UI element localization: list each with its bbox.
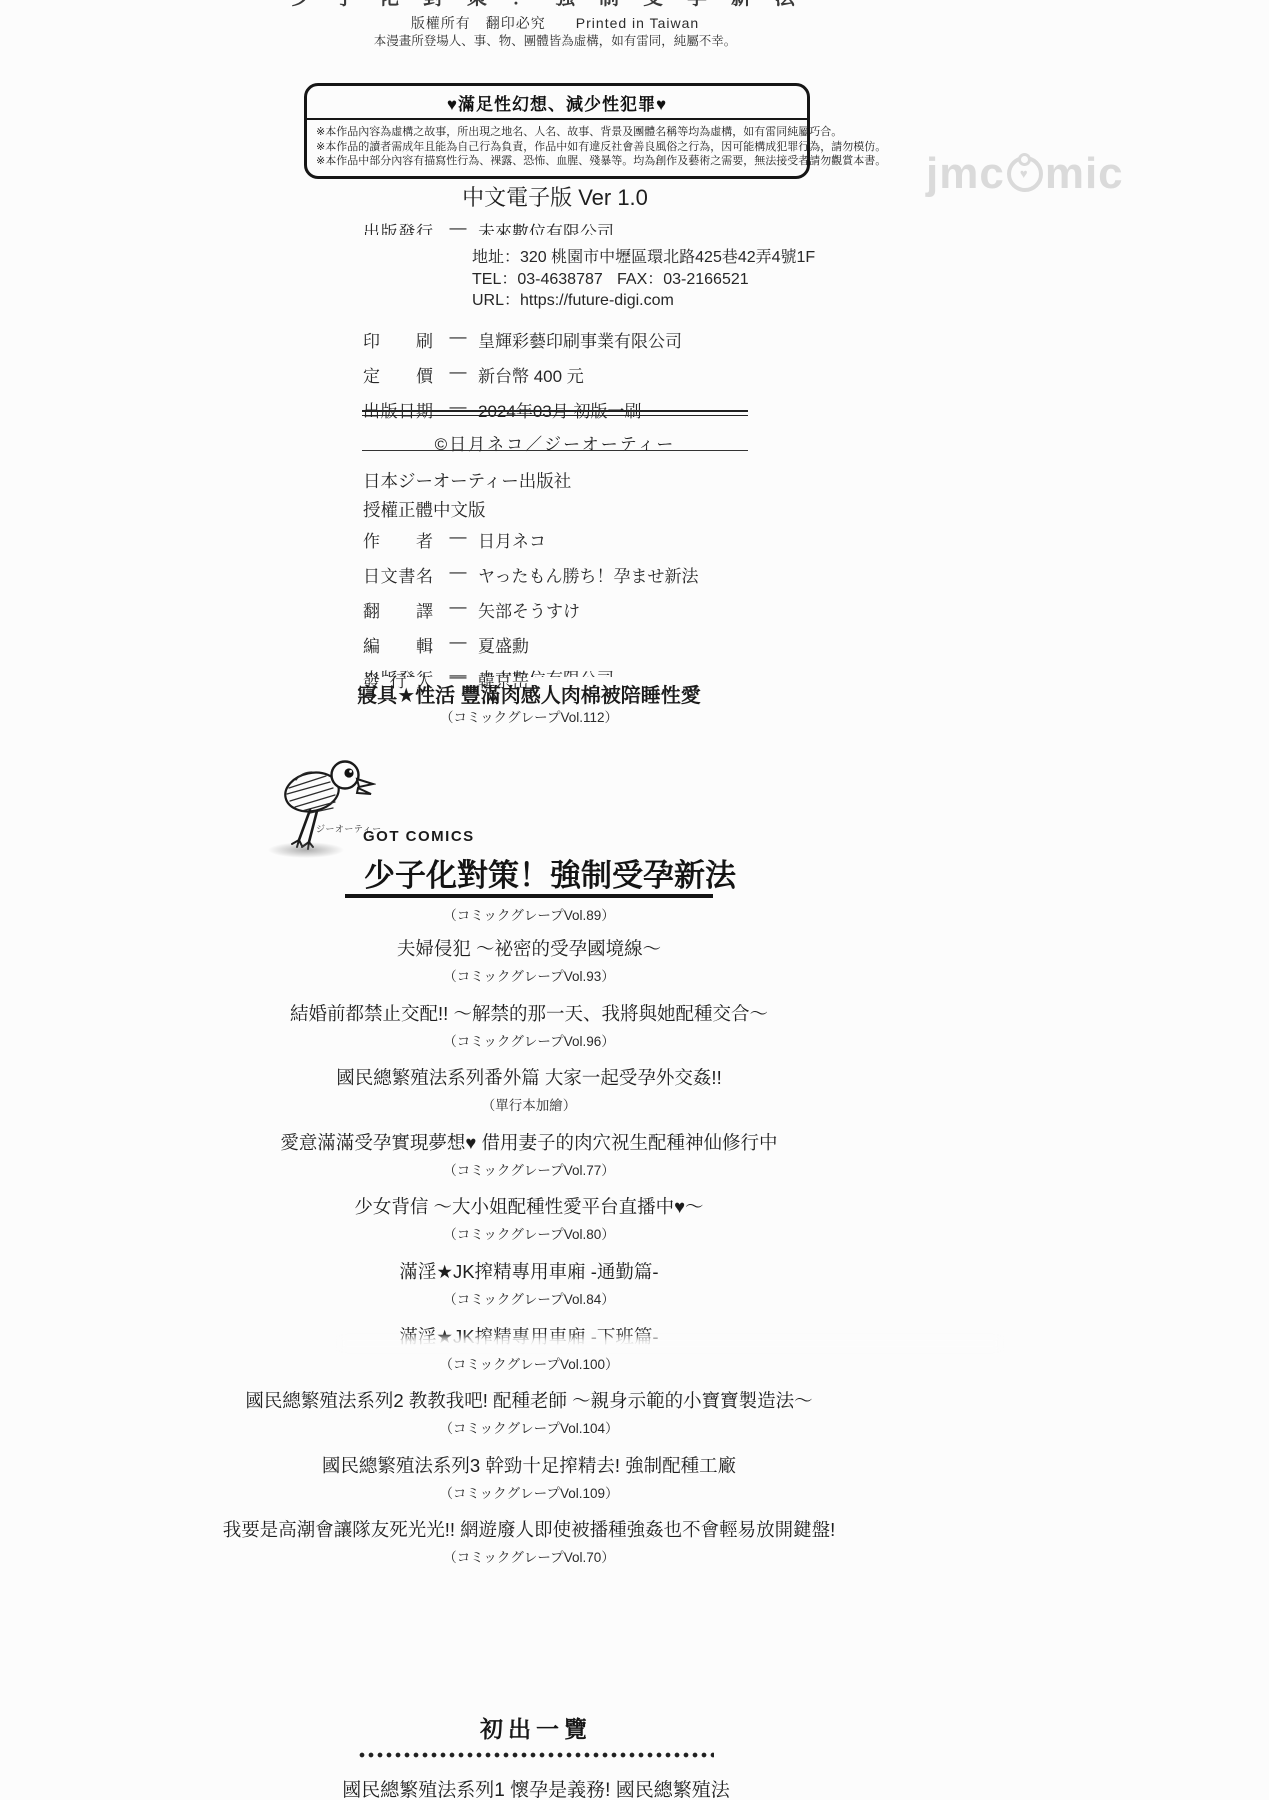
row-value: 皇輝彩藝印刷事業有限公司 (478, 327, 682, 352)
publisher-contact-block: 地址：320 桃園市中壢區環北路425巷42弄4號1F TEL：03-46387… (472, 247, 815, 312)
content-notice-box: ♥滿足性幻想、減少性犯罪♥ ※本作品內容為虛構之故事，所出現之地名、人名、故事、… (304, 83, 810, 179)
notice-box-title: ♥滿足性幻想、減少性犯罪♥ (307, 86, 807, 118)
work-item: 結婚前都禁止交配!! ～解禁的那一天、我將與她配種交合～（コミックグレープVol… (0, 1000, 1058, 1065)
publisher-url: URL：https://future-digi.com (472, 290, 815, 312)
double-rule (362, 410, 748, 416)
licensor: 日本ジーオーティー出版社 (363, 468, 571, 493)
info-row: 編輯—夏盛勳 (363, 632, 699, 657)
work-vol: （コミックグレープVol.96） (0, 1030, 1058, 1050)
colophon-page: 少子化對策！強制受孕新法 版權所有 翻印必究 Printed in Taiwan… (0, 0, 1269, 1800)
row-label: 印刷 (363, 327, 433, 352)
info-row: 作者—日月ネコ (363, 527, 699, 552)
thin-rule (362, 450, 748, 451)
work-item: 滿淫★JK搾精專用車廂 -通勤篇-（コミックグレープVol.84） (0, 1258, 1058, 1323)
work-item: 我要是高潮會讓隊友死光光!! 網遊廢人即使被播種強姦也不會輕易放開鍵盤!（コミッ… (0, 1516, 1058, 1581)
row-label: 定價 (363, 362, 433, 387)
work-item: 國民總繁殖法系列3 幹勁十足搾精去! 強制配種工廠（コミックグレープVol.10… (0, 1452, 1058, 1517)
info-row: 印刷—皇輝彩藝印刷事業有限公司 (363, 327, 682, 352)
print-info-rows: 印刷—皇輝彩藝印刷事業有限公司定價—新台幣 400 元出版日期—2024年03月… (363, 327, 682, 432)
row-value: ヤったもん勝ち！孕ませ新法 (478, 562, 699, 587)
dash-separator: — (445, 562, 471, 582)
dash-separator: — (445, 222, 471, 235)
row-label: 作者 (363, 527, 433, 552)
row-label: 翻譯 (363, 597, 433, 622)
work-item: 夫婦侵犯 ～祕密的受孕國境線～（コミックグレープVol.93） (0, 935, 1058, 1000)
publisher-name: 未來數位有限公司 (478, 665, 614, 677)
got-bird-mascot-icon (272, 758, 376, 850)
first-publication-entry: 國民總繁殖法系列1 懷孕是義務! 國民總繁殖法 (0, 1775, 1072, 1800)
publisher-tel: TEL：03-4638787 (472, 269, 617, 291)
main-book-title: 少子化對策！強制受孕新法 (364, 850, 736, 895)
scan-smudge (340, 1337, 1000, 1350)
publisher-label: 出版發行 (363, 665, 433, 677)
work-title: 結婚前都禁止交配!! ～解禁的那一天、我將與她配種交合～ (0, 1000, 1058, 1026)
publisher-label: 出版發行 (363, 222, 433, 235)
row-value: 新台幣 400 元 (478, 362, 584, 387)
publisher-row-clipped-2: 出版發行 — 未來數位有限公司 (363, 665, 614, 677)
license-note: 授權正體中文版 (363, 497, 486, 522)
row-value: 夏盛勳 (478, 632, 529, 657)
publisher-address: 地址：320 桃園市中壢區環北路425巷42弄4號1F (472, 247, 815, 269)
fiction-disclaimer: 本漫畫所登場人、事、物、團體皆為虛構，如有雷同，純屬不幸。 (0, 31, 1110, 49)
publisher-tel-fax: TEL：03-4638787FAX：03-2166521 (472, 269, 815, 291)
title-underline (345, 894, 713, 898)
notice-line: ※本作品內容為虛構之故事，所出現之地名、人名、故事、背景及團體名稱等均為虛構，如… (316, 125, 798, 140)
dash-separator: — (445, 632, 471, 652)
got-comics-brand: GOT COMICS (363, 828, 475, 845)
work-vol: （コミックグレープVol.104） (0, 1417, 1058, 1437)
dotted-divider (358, 1751, 714, 1759)
mascot-shadow (268, 842, 344, 858)
watermark-text-left: jmc (926, 152, 1005, 196)
work-title: 國民總繁殖法系列3 幹勁十足搾精去! 強制配種工廠 (0, 1452, 1058, 1478)
work-title: 我要是高潮會讓隊友死光光!! 網遊廢人即使被播種強姦也不會輕易放開鍵盤! (0, 1516, 1058, 1542)
work-item: 國民總繁殖法系列2 教教我吧! 配種老師 ～親身示範的小寶寶製造法～（コミックグ… (0, 1387, 1058, 1452)
watermark-mascot-icon: ♥ (1007, 156, 1043, 192)
dash-separator: — (445, 362, 471, 382)
dash-separator: — (445, 527, 471, 547)
dash-separator: — (445, 327, 471, 347)
row-value: 日月ネコ (478, 527, 546, 552)
row-value: 矢部そうすけ (478, 597, 580, 622)
previous-work-title: 寢具★性活 豐滿肉感人肉棉被陪睡性愛 (0, 679, 1058, 708)
work-item: 滿淫★JK搾精專用車廂 -下班篇-（コミックグレープVol.100） (0, 1323, 1058, 1388)
work-title: 夫婦侵犯 ～祕密的受孕國境線～ (0, 935, 1058, 961)
dash-separator: — (445, 665, 471, 677)
work-vol: （單行本加繪） (0, 1094, 1058, 1114)
work-vol: （コミックグレープVol.77） (0, 1159, 1058, 1179)
work-title: 國民總繁殖法系列番外篇 大家一起受孕外交姦!! (0, 1064, 1058, 1090)
work-vol: （コミックグレープVol.100） (0, 1353, 1058, 1373)
info-row: 日文書名—ヤったもん勝ち！孕ませ新法 (363, 562, 699, 587)
back-catalog-list: 夫婦侵犯 ～祕密的受孕國境線～（コミックグレープVol.93）結婚前都禁止交配!… (0, 935, 1058, 1581)
work-title: 愛意滿滿受孕實現夢想♥ 借用妻子的肉穴祝生配種神仙修行中 (0, 1129, 1058, 1155)
watermark-text-right: mic (1045, 152, 1124, 196)
work-item: 國民總繁殖法系列番外篇 大家一起受孕外交姦!!（單行本加繪） (0, 1064, 1058, 1129)
watermark: jmc ♥ mic (926, 152, 1124, 196)
copyright-line: 版權所有 翻印必究 Printed in Taiwan (0, 13, 1110, 33)
copyright-credit: ©日月ネコ／ジーオーティー (0, 430, 1110, 455)
work-title: 滿淫★JK搾精專用車廂 -通勤篇- (0, 1258, 1058, 1284)
work-item: 愛意滿滿受孕實現夢想♥ 借用妻子的肉穴祝生配種神仙修行中（コミックグレープVol… (0, 1129, 1058, 1194)
info-row: 定價—新台幣 400 元 (363, 362, 682, 387)
work-item: 少女背信 ～大小姐配種性愛平台直播中♥～（コミックグレープVol.80） (0, 1193, 1058, 1258)
publisher-name: 未來數位有限公司 (478, 222, 614, 235)
publisher-row-clipped: 出版發行 — 未來數位有限公司 (363, 222, 614, 235)
work-vol: （コミックグレープVol.80） (0, 1223, 1058, 1243)
main-book-vol: （コミックグレープVol.89） (0, 904, 1058, 924)
work-title: 國民總繁殖法系列2 教教我吧! 配種老師 ～親身示範的小寶寶製造法～ (0, 1387, 1058, 1413)
work-vol: （コミックグレープVol.70） (0, 1546, 1058, 1566)
notice-line: ※本作品中部分內容有描寫性行為、裸露、恐怖、血腥、殘暴等。均為創作及藝術之需要，… (316, 154, 798, 169)
first-publication-heading: 初出一覽 (0, 1711, 1072, 1744)
work-vol: （コミックグレープVol.93） (0, 965, 1058, 985)
work-vol: （コミックグレープVol.109） (0, 1482, 1058, 1502)
row-label: 編輯 (363, 632, 433, 657)
row-label: 日文書名 (363, 562, 433, 587)
top-clipped-line: 少子化對策！強制受孕新法 (0, 0, 1110, 8)
info-row: 翻譯—矢部そうすけ (363, 597, 699, 622)
work-vol: （コミックグレープVol.84） (0, 1288, 1058, 1308)
work-title: 少女背信 ～大小姐配種性愛平台直播中♥～ (0, 1193, 1058, 1219)
dash-separator: — (445, 597, 471, 617)
previous-work-vol: （コミックグレープVol.112） (0, 706, 1058, 726)
publisher-fax: FAX：03-2166521 (617, 271, 749, 288)
notice-line: ※本作品的讀者需成年且能為自己行為負責，作品中如有違反社會善良風俗之行為，因可能… (316, 140, 798, 155)
notice-box-lines: ※本作品內容為虛構之故事，所出現之地名、人名、故事、背景及團體名稱等均為虛構，如… (307, 120, 807, 176)
